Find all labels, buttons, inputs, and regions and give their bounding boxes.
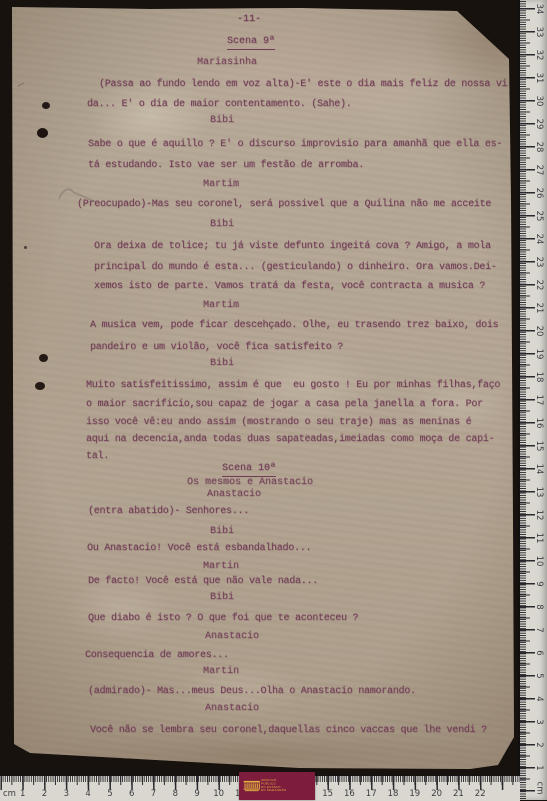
- ruler-number: 7: [534, 624, 544, 636]
- dialog-line: A musica vem, pode ficar descehçado. Olh…: [90, 320, 498, 332]
- ruler-number: 32: [534, 49, 544, 61]
- speaker-name: Anastacio: [207, 489, 261, 501]
- ruler-number: 20: [431, 789, 442, 799]
- ruler-number: 16: [344, 789, 355, 799]
- dialog-line: principal do mundo é esta... (gesticulan…: [94, 262, 497, 274]
- ruler-number: 30: [534, 95, 544, 107]
- ruler-number: 14: [534, 463, 544, 475]
- ruler-number: 4: [534, 693, 544, 705]
- dialog-line: Consequencia de amores...: [85, 650, 229, 662]
- dialog-line: isso você vê:eu ando assim (mostrando o …: [86, 417, 471, 429]
- ink-blot: [35, 382, 45, 390]
- ruler-number: 2: [534, 739, 544, 751]
- dialog-line: pandeiro e um violão, você fica satisfei…: [90, 342, 343, 354]
- archive-building-icon: [243, 776, 261, 796]
- ruler-number: 17: [366, 789, 377, 799]
- speaker-name: Bibi: [210, 219, 234, 231]
- ruler-number: 22: [534, 279, 544, 291]
- ruler-number: 31: [534, 72, 544, 84]
- ruler-number: 15: [534, 440, 544, 452]
- ruler-number: 20: [534, 325, 544, 337]
- ruler-number: 4: [85, 789, 90, 799]
- page-number: -11-: [237, 14, 261, 26]
- scan-background: -11-Scena 9ªMariasinha(Passa ao fundo le…: [0, 0, 547, 800]
- dialog-line: (Passa ao fundo lendo em voz alta)-E' es…: [99, 79, 513, 91]
- scene-heading: Scena 10ª: [222, 463, 276, 477]
- ruler-number: 11: [534, 532, 544, 544]
- dialog-line: aqui na decencia,anda todas duas sapatea…: [86, 434, 494, 446]
- dialog-line: De facto! Você está que não vale nada...: [88, 576, 318, 588]
- ruler-number: 21: [453, 789, 464, 799]
- ruler-number: 6: [534, 647, 544, 659]
- dialog-line: (Preocupado)-Mas seu coronel, será possi…: [77, 199, 491, 211]
- ruler-number: 8: [534, 601, 544, 613]
- speaker-name: Martin: [203, 561, 239, 573]
- dialog-line: (admirado)- Mas...meus Deus...Olha o Ana…: [88, 686, 416, 698]
- ruler-number: 21: [534, 302, 544, 314]
- ink-speck: [24, 246, 27, 249]
- ruler-number: 3: [64, 789, 69, 799]
- speaker-name: Martin: [203, 666, 239, 678]
- dialog-line: da... E' o dia de maior contentamento. (…: [87, 99, 352, 111]
- ruler-number: 10: [534, 555, 544, 567]
- archive-stamp-text: ARQUIVO PÚBLICO DO ESTADO DO MARANHÃO: [261, 779, 289, 792]
- ruler-number: 8: [173, 789, 178, 799]
- ruler-number: 24: [534, 233, 544, 245]
- document-page: -11-Scena 9ªMariasinha(Passa ao fundo le…: [0, 0, 520, 780]
- ruler-number: 15: [322, 789, 333, 799]
- speaker-name: Bibi: [210, 115, 234, 127]
- speaker-name: Martim: [203, 300, 239, 312]
- ruler-number: 27: [534, 164, 544, 176]
- ruler-unit-label: cm: [3, 789, 16, 799]
- ruler-number: 12: [534, 509, 544, 521]
- ruler-number: 9: [534, 578, 544, 590]
- ruler-number: 23: [534, 256, 544, 268]
- dialog-line: o maior sacrificio,sou capaz de jogar a …: [86, 399, 483, 411]
- ruler-number: 2: [42, 789, 47, 799]
- ink-blot: [42, 102, 50, 109]
- ruler-number: 5: [534, 670, 544, 682]
- vertical-ruler: cm 3433323130292827262524232221201918171…: [518, 0, 547, 800]
- dialog-line: (entra abatido)- Senhores...: [88, 506, 249, 518]
- dialog-line: Muito satisfeitissimo, assim é que eu go…: [86, 380, 500, 392]
- ruler-number: 29: [534, 118, 544, 130]
- ruler-number: 13: [534, 486, 544, 498]
- ruler-number: 1: [20, 789, 25, 799]
- ruler-number: 19: [534, 348, 544, 360]
- ruler-number: 18: [388, 789, 399, 799]
- ruler-number: 6: [129, 789, 134, 799]
- ruler-number: 19: [409, 789, 420, 799]
- dialog-line: Sabe o que é aquillo ? E' o discurso imp…: [88, 139, 502, 151]
- ruler-number: 16: [534, 417, 544, 429]
- speaker-name: Bibi: [210, 526, 234, 538]
- speaker-name: Bibi: [210, 592, 234, 604]
- ruler-number: 3: [534, 716, 544, 728]
- dialog-line: Que diabo é isto ? O que foi que te acon…: [88, 613, 358, 625]
- ruler-number: 22: [475, 789, 486, 799]
- dialog-line: tal.: [86, 451, 109, 463]
- ruler-number: 10: [213, 789, 224, 799]
- ruler-number: 17: [534, 394, 544, 406]
- ruler-number: 26: [534, 187, 544, 199]
- speaker-name: Bibi: [210, 358, 234, 370]
- scene-heading: Scena 9ª: [227, 36, 275, 50]
- ruler-number: 28: [534, 141, 544, 153]
- dialog-line: Ora deixa de tolice; tu já viste defunto…: [94, 241, 491, 253]
- ruler-number: 18: [534, 371, 544, 383]
- ruler-number: 25: [534, 210, 544, 222]
- speaker-name: Mariasinha: [197, 57, 257, 69]
- ruler-number: 1: [534, 762, 544, 774]
- ink-blot: [39, 354, 48, 362]
- ruler-unit-label: cm: [534, 782, 544, 795]
- speaker-name: Martim: [203, 179, 239, 191]
- speaker-name: Os mesmos e Anastacio: [187, 477, 313, 489]
- ruler-number: 9: [194, 789, 199, 799]
- dialog-line: tá estudando. Isto vae ser um festão de …: [88, 160, 364, 172]
- dialog-line: Você não se lembra seu coronel,daquellas…: [90, 725, 487, 737]
- stamp-line: DO MARANHÃO: [261, 789, 289, 792]
- ruler-number: 34: [534, 3, 544, 15]
- dialog-line: Ou Anastacio! Você está esbandalhado...: [87, 543, 311, 555]
- ink-blot: [37, 128, 48, 138]
- dialog-line: xemos isto de parte. Vamos tratá da fest…: [94, 281, 485, 293]
- archive-stamp: ARQUIVO PÚBLICO DO ESTADO DO MARANHÃO: [239, 772, 315, 800]
- ruler-number: 33: [534, 26, 544, 38]
- ruler-number: 5: [107, 789, 112, 799]
- speaker-name: Anastacio: [205, 631, 259, 643]
- ruler-number: 7: [151, 789, 156, 799]
- speaker-name: Anastacio: [205, 703, 259, 715]
